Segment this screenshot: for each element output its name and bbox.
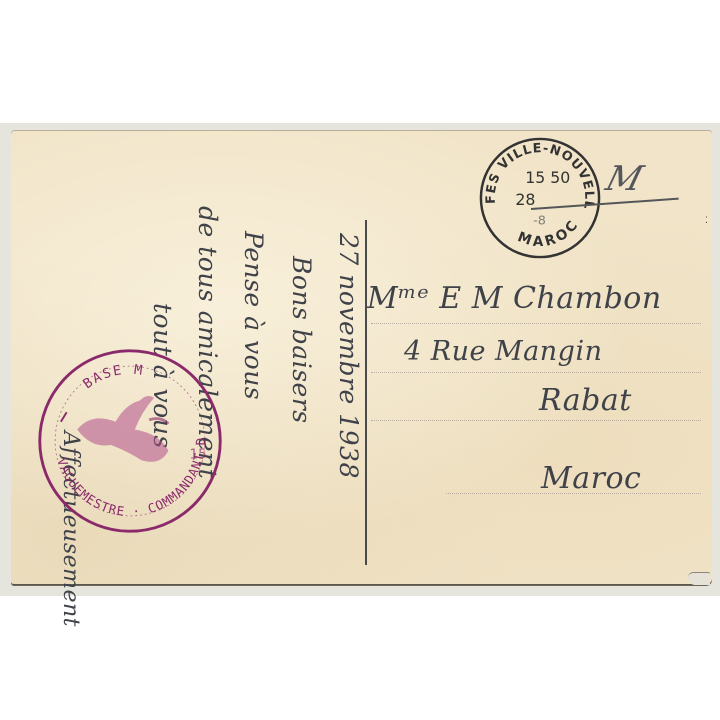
svg-text:28: 28 bbox=[515, 190, 535, 209]
postmark: FES VILLE-NOUVELLE MAROC 15 50 28 -8 bbox=[476, 134, 604, 262]
address-rule bbox=[371, 372, 701, 373]
cachet-seal-icon: BASE M VAGUEMESTRE · COMMANDANT D'ARME 1… bbox=[34, 345, 226, 537]
svg-text:MAROC: MAROC bbox=[515, 216, 582, 250]
address-rule bbox=[371, 323, 701, 324]
postmark-circle-icon: FES VILLE-NOUVELLE MAROC 15 50 28 -8 bbox=[476, 134, 604, 262]
message-line: Pense à vous bbox=[239, 231, 268, 400]
military-cachet: BASE M VAGUEMESTRE · COMMANDANT D'ARME 1… bbox=[34, 345, 226, 537]
address-line-city: Rabat bbox=[539, 383, 632, 418]
message-line: Bons baisers bbox=[287, 256, 316, 424]
corner-wear bbox=[688, 572, 710, 585]
svg-text:15: 15 bbox=[190, 447, 207, 462]
message-date: 27 novembre 1938 bbox=[334, 233, 363, 479]
address-rule bbox=[371, 420, 701, 421]
address-line-street: 4 Rue Mangin bbox=[404, 336, 602, 367]
svg-text:15 50: 15 50 bbox=[525, 168, 570, 187]
handwritten-initials: M bbox=[602, 159, 648, 199]
svg-text:BASE M: BASE M bbox=[81, 363, 145, 393]
address-line-name: Mᵐᵉ E M Chambon bbox=[367, 281, 662, 316]
address-line-country: Maroc bbox=[541, 461, 641, 496]
svg-text:-8: -8 bbox=[533, 214, 546, 229]
postcard: Mᵐᵉ E M Chambon 4 Rue Mangin Rabat Maroc… bbox=[11, 131, 712, 585]
edge-mark: ⁚ bbox=[705, 218, 708, 234]
postcard-divider bbox=[365, 220, 367, 565]
